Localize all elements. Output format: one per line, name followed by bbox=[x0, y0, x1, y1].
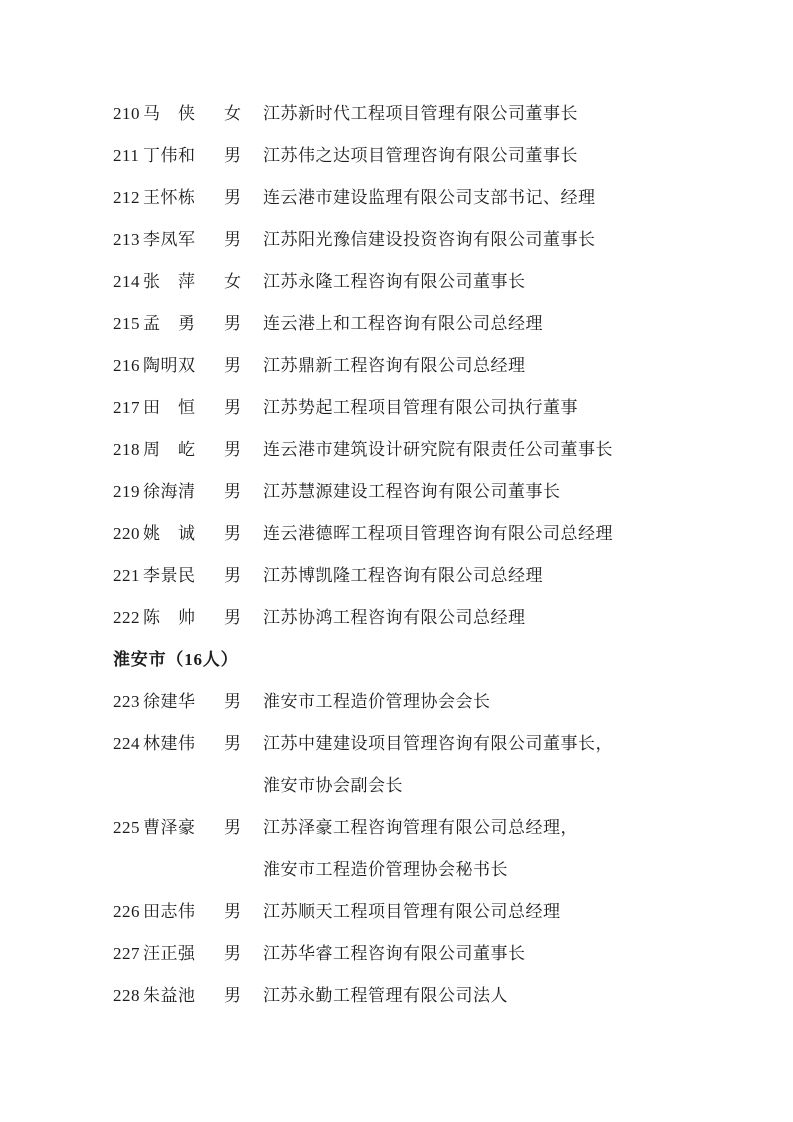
entry-name: 孟 勇 bbox=[143, 303, 199, 345]
entry-name: 王怀栋 bbox=[143, 177, 199, 219]
entry-title: 淮安市工程造价管理协会会长 bbox=[263, 681, 491, 723]
entry-name: 林建伟 bbox=[143, 723, 199, 765]
entry-name: 曹泽豪 bbox=[143, 807, 199, 849]
entry-number: 214 bbox=[113, 261, 143, 303]
entry-name: 姚 诚 bbox=[143, 513, 199, 555]
entry-title: 江苏阳光豫信建设投资咨询有限公司董事长 bbox=[263, 219, 596, 261]
directory-row: 213 李凤军 男 江苏阳光豫信建设投资咨询有限公司董事长 bbox=[113, 219, 757, 261]
entry-number: 213 bbox=[113, 219, 143, 261]
entry-title: 江苏华睿工程咨询有限公司董事长 bbox=[263, 933, 526, 975]
entry-name: 马 侠 bbox=[143, 93, 199, 135]
entry-gender: 男 bbox=[224, 933, 242, 975]
entry-number: 219 bbox=[113, 471, 143, 513]
entry-gender: 男 bbox=[224, 177, 242, 219]
directory-row: 228 朱益池 男 江苏永勤工程管理有限公司法人 bbox=[113, 975, 757, 1017]
entry-number: 227 bbox=[113, 933, 143, 975]
entry-title: 江苏势起工程项目管理有限公司执行董事 bbox=[263, 387, 578, 429]
entry-gender: 男 bbox=[224, 891, 242, 933]
entry-title: 江苏慧源建设工程咨询有限公司董事长 bbox=[263, 471, 561, 513]
directory-row: 219 徐海清 男 江苏慧源建设工程咨询有限公司董事长 bbox=[113, 471, 757, 513]
directory-row: 224 林建伟 男 江苏中建建设项目管理咨询有限公司董事长， 淮安市协会副会长 bbox=[113, 723, 757, 807]
entry-name: 田志伟 bbox=[143, 891, 199, 933]
entry-number: 210 bbox=[113, 93, 143, 135]
entry-number: 215 bbox=[113, 303, 143, 345]
directory-row: 210 马 侠 女 江苏新时代工程项目管理有限公司董事长 bbox=[113, 93, 757, 135]
entry-name: 丁伟和 bbox=[143, 135, 199, 177]
directory-row: 217 田 恒 男 江苏势起工程项目管理有限公司执行董事 bbox=[113, 387, 757, 429]
entry-gender: 男 bbox=[224, 303, 242, 345]
directory-row: 216 陶明双 男 江苏鼎新工程咨询有限公司总经理 bbox=[113, 345, 757, 387]
entry-number: 217 bbox=[113, 387, 143, 429]
entry-title: 江苏博凯隆工程咨询有限公司总经理 bbox=[263, 555, 543, 597]
entry-gender: 男 bbox=[224, 681, 242, 723]
directory-row: 222 陈 帅 男 江苏协鸿工程咨询有限公司总经理 bbox=[113, 597, 757, 639]
entry-number: 224 bbox=[113, 723, 143, 765]
entry-title: 江苏顺天工程项目管理有限公司总经理 bbox=[263, 891, 561, 933]
entry-name: 朱益池 bbox=[143, 975, 199, 1017]
entry-title: 连云港市建筑设计研究院有限责任公司董事长 bbox=[263, 429, 613, 471]
entry-number: 211 bbox=[113, 135, 143, 177]
entry-gender: 男 bbox=[224, 387, 242, 429]
entry-gender: 男 bbox=[224, 555, 242, 597]
entry-name: 田 恒 bbox=[143, 387, 199, 429]
directory-row: 220 姚 诚 男 连云港德晖工程项目管理咨询有限公司总经理 bbox=[113, 513, 757, 555]
entry-number: 225 bbox=[113, 807, 143, 849]
entry-number: 222 bbox=[113, 597, 143, 639]
section-heading-huaian: 淮安市（16人） bbox=[113, 639, 757, 681]
entry-title: 连云港上和工程咨询有限公司总经理 bbox=[263, 303, 543, 345]
entry-number: 221 bbox=[113, 555, 143, 597]
entry-number: 228 bbox=[113, 975, 143, 1017]
entry-gender: 男 bbox=[224, 219, 242, 261]
entry-name: 汪正强 bbox=[143, 933, 199, 975]
entry-number: 216 bbox=[113, 345, 143, 387]
entry-name: 徐建华 bbox=[143, 681, 199, 723]
entry-name: 陈 帅 bbox=[143, 597, 199, 639]
entry-gender: 男 bbox=[224, 723, 242, 765]
directory-row: 211 丁伟和 男 江苏伟之达项目管理咨询有限公司董事长 bbox=[113, 135, 757, 177]
entry-title: 江苏泽豪工程咨询管理有限公司总经理， 淮安市工程造价管理协会秘书长 bbox=[263, 807, 578, 891]
entry-number: 218 bbox=[113, 429, 143, 471]
entry-name: 李凤军 bbox=[143, 219, 199, 261]
entry-title: 连云港德晖工程项目管理咨询有限公司总经理 bbox=[263, 513, 613, 555]
directory-row: 225 曹泽豪 男 江苏泽豪工程咨询管理有限公司总经理， 淮安市工程造价管理协会… bbox=[113, 807, 757, 891]
directory-row: 221 李景民 男 江苏博凯隆工程咨询有限公司总经理 bbox=[113, 555, 757, 597]
entry-gender: 男 bbox=[224, 975, 242, 1017]
entry-gender: 男 bbox=[224, 345, 242, 387]
entry-gender: 男 bbox=[224, 429, 242, 471]
entry-title: 江苏永勤工程管理有限公司法人 bbox=[263, 975, 508, 1017]
entry-gender: 男 bbox=[224, 513, 242, 555]
entry-name: 陶明双 bbox=[143, 345, 199, 387]
directory-row: 223 徐建华 男 淮安市工程造价管理协会会长 bbox=[113, 681, 757, 723]
document-page: 210 马 侠 女 江苏新时代工程项目管理有限公司董事长 211 丁伟和 男 江… bbox=[0, 0, 793, 1122]
entry-gender: 男 bbox=[224, 471, 242, 513]
entry-number: 226 bbox=[113, 891, 143, 933]
directory-row: 227 汪正强 男 江苏华睿工程咨询有限公司董事长 bbox=[113, 933, 757, 975]
directory-row: 218 周 屹 男 连云港市建筑设计研究院有限责任公司董事长 bbox=[113, 429, 757, 471]
entry-name: 徐海清 bbox=[143, 471, 199, 513]
entry-number: 220 bbox=[113, 513, 143, 555]
entry-gender: 男 bbox=[224, 597, 242, 639]
directory-row: 226 田志伟 男 江苏顺天工程项目管理有限公司总经理 bbox=[113, 891, 757, 933]
entry-name: 李景民 bbox=[143, 555, 199, 597]
entry-gender: 男 bbox=[224, 807, 242, 849]
entry-number: 212 bbox=[113, 177, 143, 219]
entry-title: 江苏中建建设项目管理咨询有限公司董事长， 淮安市协会副会长 bbox=[263, 723, 613, 807]
entry-name: 周 屹 bbox=[143, 429, 199, 471]
entry-number: 223 bbox=[113, 681, 143, 723]
entry-name: 张 萍 bbox=[143, 261, 199, 303]
entry-title: 江苏鼎新工程咨询有限公司总经理 bbox=[263, 345, 526, 387]
entry-title: 江苏永隆工程咨询有限公司董事长 bbox=[263, 261, 526, 303]
entry-title: 连云港市建设监理有限公司支部书记、经理 bbox=[263, 177, 596, 219]
directory-row: 214 张 萍 女 江苏永隆工程咨询有限公司董事长 bbox=[113, 261, 757, 303]
entry-title: 江苏新时代工程项目管理有限公司董事长 bbox=[263, 93, 578, 135]
entry-gender: 男 bbox=[224, 135, 242, 177]
directory-row: 215 孟 勇 男 连云港上和工程咨询有限公司总经理 bbox=[113, 303, 757, 345]
entry-gender: 女 bbox=[224, 93, 242, 135]
directory-list: 210 马 侠 女 江苏新时代工程项目管理有限公司董事长 211 丁伟和 男 江… bbox=[113, 93, 757, 1017]
entry-title: 江苏伟之达项目管理咨询有限公司董事长 bbox=[263, 135, 578, 177]
directory-row: 212 王怀栋 男 连云港市建设监理有限公司支部书记、经理 bbox=[113, 177, 757, 219]
entry-gender: 女 bbox=[224, 261, 242, 303]
entry-title: 江苏协鸿工程咨询有限公司总经理 bbox=[263, 597, 526, 639]
